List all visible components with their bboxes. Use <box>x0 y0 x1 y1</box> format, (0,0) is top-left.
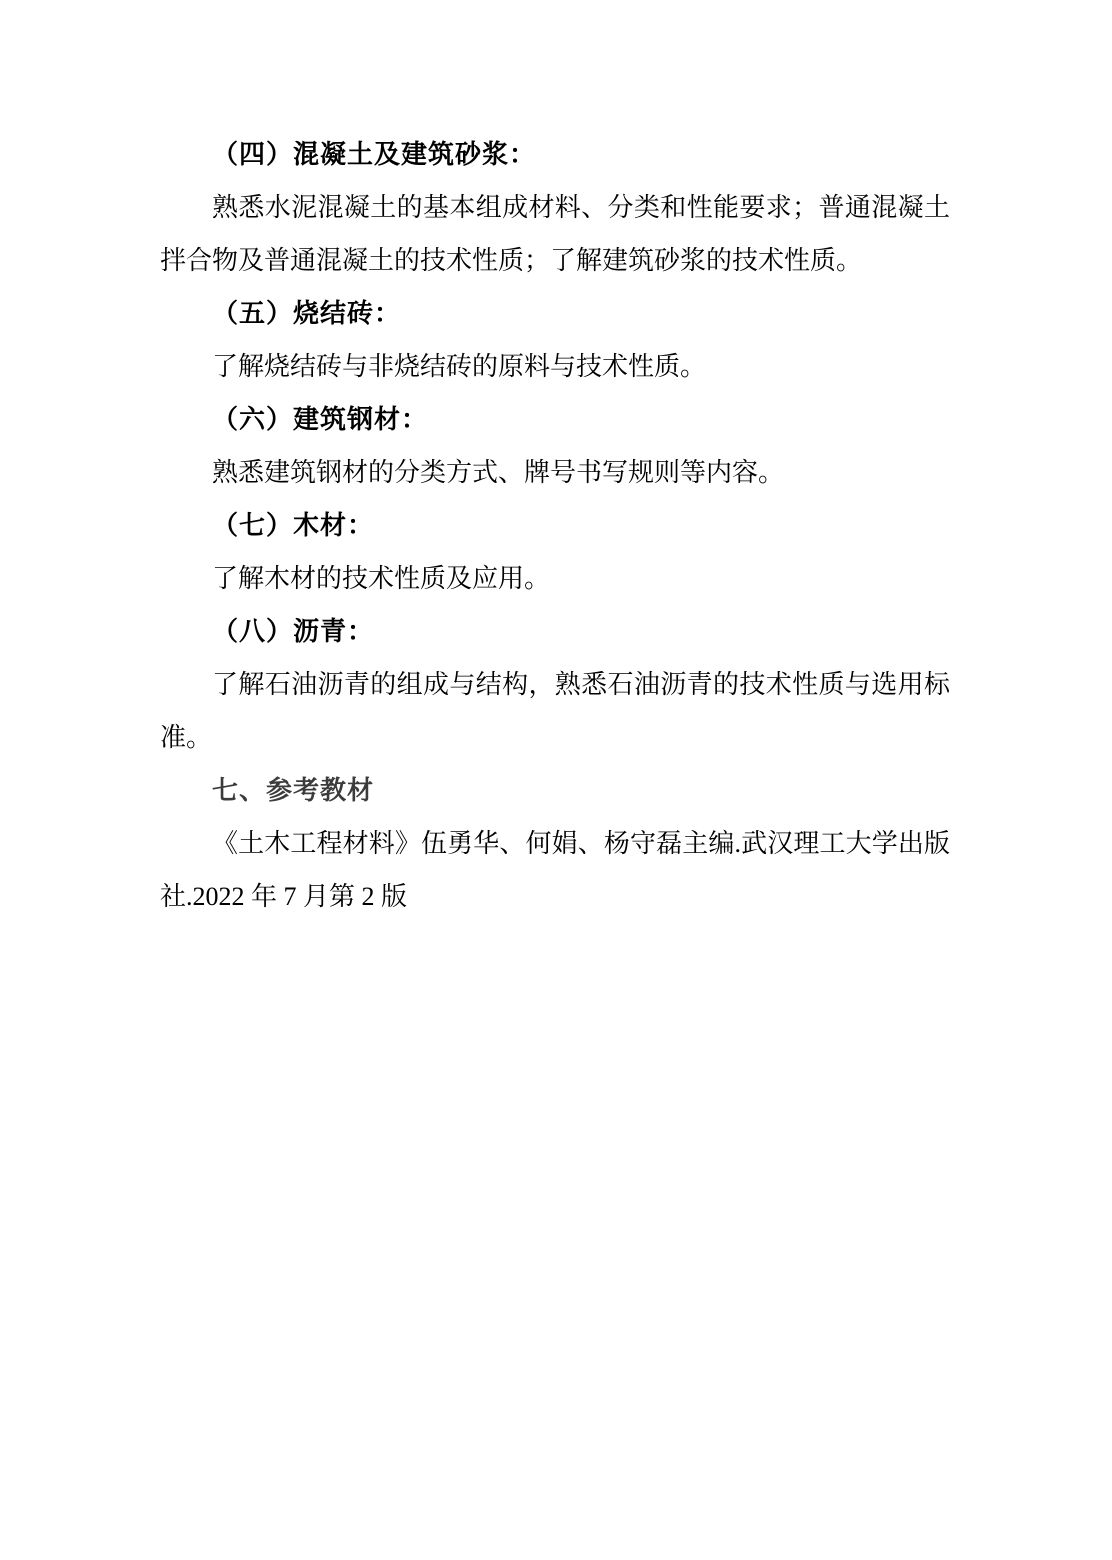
section-sintered-brick: （五）烧结砖： 了解烧结砖与非烧结砖的原料与技术性质。 <box>160 287 950 393</box>
section-heading: （四）混凝土及建筑砂浆： <box>160 128 950 181</box>
section-wood: （七）木材： 了解木材的技术性质及应用。 <box>160 499 950 605</box>
reference-paragraph: 《土木工程材料》伍勇华、何娟、杨守磊主编.武汉理工大学出版社.2022 年 7 … <box>160 817 950 923</box>
section-paragraph: 了解木材的技术性质及应用。 <box>160 552 950 605</box>
section-paragraph: 了解烧结砖与非烧结砖的原料与技术性质。 <box>160 340 950 393</box>
section-concrete-mortar: （四）混凝土及建筑砂浆： 熟悉水泥混凝土的基本组成材料、分类和性能要求；普通混凝… <box>160 128 950 287</box>
section-heading: （八）沥青： <box>160 605 950 658</box>
section-paragraph: 熟悉水泥混凝土的基本组成材料、分类和性能要求；普通混凝土拌合物及普通混凝土的技术… <box>160 181 950 287</box>
section-asphalt: （八）沥青： 了解石油沥青的组成与结构，熟悉石油沥青的技术性质与选用标准。 <box>160 605 950 764</box>
document-content: （四）混凝土及建筑砂浆： 熟悉水泥混凝土的基本组成材料、分类和性能要求；普通混凝… <box>160 128 950 923</box>
document-page: （四）混凝土及建筑砂浆： 熟悉水泥混凝土的基本组成材料、分类和性能要求；普通混凝… <box>0 0 1112 1560</box>
chapter-heading-reference-materials: 七、参考教材 <box>160 764 950 817</box>
section-heading: （六）建筑钢材： <box>160 393 950 446</box>
section-heading: （五）烧结砖： <box>160 287 950 340</box>
section-paragraph: 熟悉建筑钢材的分类方式、牌号书写规则等内容。 <box>160 446 950 499</box>
section-paragraph: 了解石油沥青的组成与结构，熟悉石油沥青的技术性质与选用标准。 <box>160 658 950 764</box>
section-structural-steel: （六）建筑钢材： 熟悉建筑钢材的分类方式、牌号书写规则等内容。 <box>160 393 950 499</box>
section-heading: （七）木材： <box>160 499 950 552</box>
